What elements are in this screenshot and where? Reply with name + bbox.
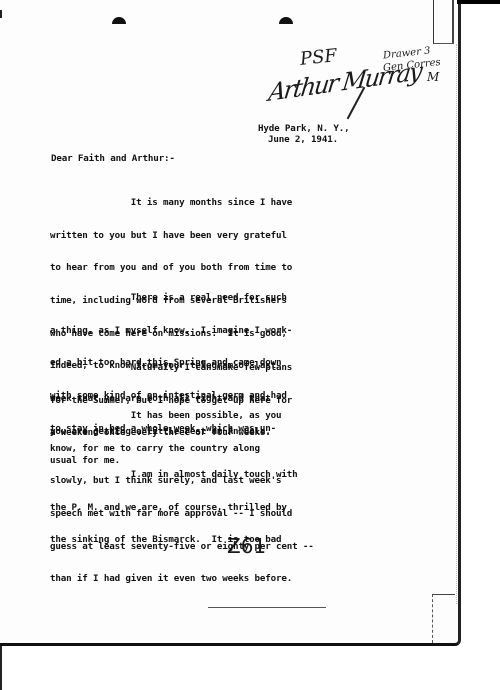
text-line: There is a real need for such	[50, 293, 292, 304]
text-line: the P. M. and we are, of course, thrille…	[50, 503, 298, 514]
text-line: It has been possible, as you	[50, 411, 314, 422]
paragraph: I am in almost daily touch with the P. M…	[50, 448, 298, 557]
text-line: the sinking of the Bismarck. It is too b…	[50, 535, 298, 546]
psf-annotation: PSF	[299, 45, 338, 70]
text-line: It is many months since I have	[50, 198, 292, 209]
punch-hole-icon	[279, 17, 293, 24]
divider	[208, 607, 326, 608]
text-line: I am in almost daily touch with	[50, 470, 298, 481]
scan-border	[433, 0, 454, 44]
scan-edge-mark	[0, 646, 2, 690]
letter-date: June 2, 1941.	[268, 135, 338, 146]
scan-border	[457, 0, 500, 4]
scan-edge-mark	[0, 10, 2, 18]
text-line: than if I had given it even two weeks be…	[50, 574, 314, 585]
scan-border	[452, 0, 454, 43]
filing-initial: M	[427, 72, 439, 83]
text-line: written to you but I have been very grat…	[50, 231, 292, 242]
punch-hole-icon	[112, 17, 126, 24]
letter-salutation: Dear Faith and Arthur:-	[51, 154, 175, 165]
text-line: Naturally I can make few plans	[50, 363, 292, 374]
scan-border	[432, 594, 455, 643]
text-line: a thing, as I myself know. I imagine I w…	[50, 326, 292, 337]
fold-line	[456, 44, 458, 604]
